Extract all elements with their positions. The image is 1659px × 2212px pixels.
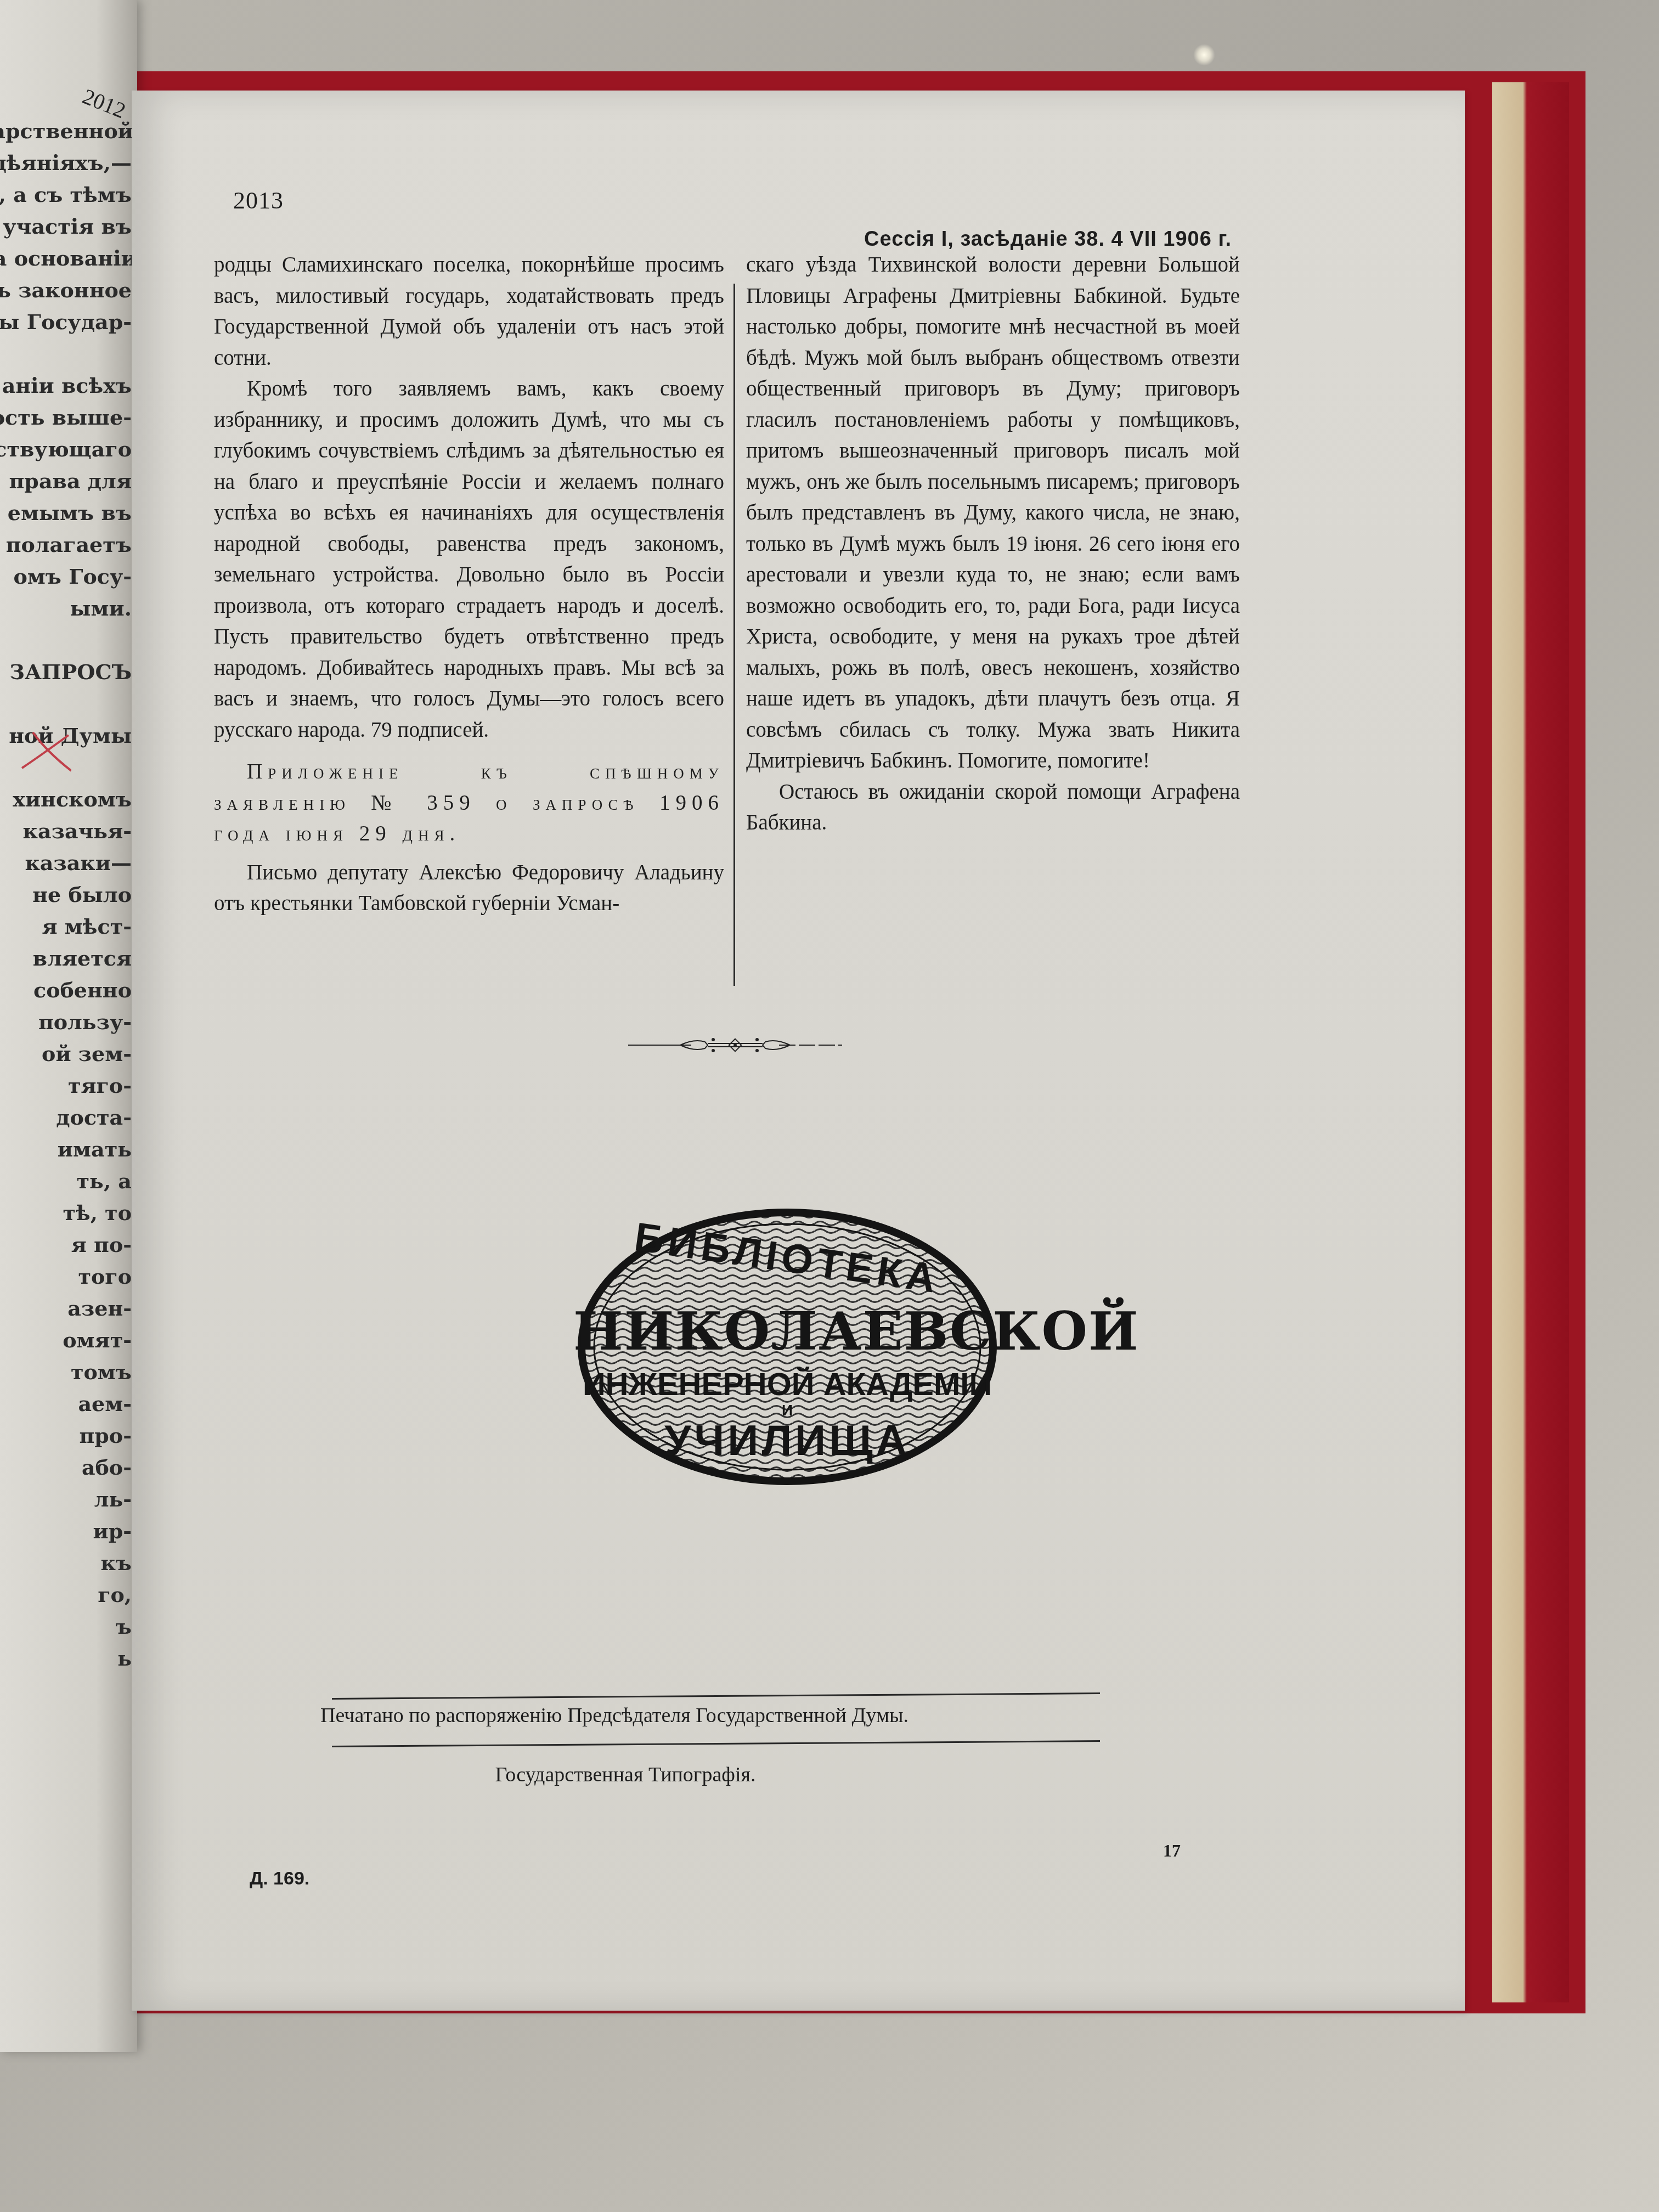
left-page-line: омъ Госу- <box>0 561 132 592</box>
imprint-line-1: Печатано по распоряженію Предсѣдателя Го… <box>121 1703 1108 1728</box>
left-page-line: тъ законное <box>0 274 132 306</box>
left-page-line: я по- <box>0 1229 132 1261</box>
left-page-line: аем- <box>0 1388 132 1420</box>
stamp-line-5: УЧИЛИЩА <box>573 1415 1001 1465</box>
decorative-ornament-icon <box>625 1034 845 1056</box>
left-page-line: ы Государ- <box>0 306 132 338</box>
left-adjacent-page: 2012 дарственнойдѣяніяхъ,—ъ, а съ тѣмъуч… <box>0 0 137 2052</box>
left-page-line: омят- <box>0 1324 132 1356</box>
appendix-heading: Приложеніе къ спѣшному заявленію № 359 о… <box>214 757 724 850</box>
light-glare <box>1193 44 1215 66</box>
left-page-line: го, <box>0 1579 132 1611</box>
left-page-line <box>0 338 132 370</box>
left-page-line: ъ, а съ тѣмъ <box>0 179 132 211</box>
left-page-line: ьствующаго <box>0 433 132 465</box>
left-page-line <box>0 688 132 720</box>
page-number: 2013 <box>233 187 284 215</box>
left-page-line: про- <box>0 1420 132 1452</box>
left-page-line: не было <box>0 879 132 911</box>
right-column: скаго уѣзда Тихвинской волости деревни Б… <box>746 250 1240 839</box>
left-page-line: емымъ въ <box>0 497 132 529</box>
left-page-line: на основаніи <box>0 242 132 274</box>
left-page-line: того <box>0 1261 132 1293</box>
left-page-line: дарственной <box>0 115 132 147</box>
imprint-line-2: Государственная Типографія. <box>132 1763 1119 1787</box>
document-page: 2013 Сессія I, засѣданіе 38. 4 VII 1906 … <box>132 91 1465 2011</box>
imprint-rule-bottom <box>332 1740 1100 1747</box>
stamp-line-3: ИНЖЕНЕРНОЙ АКАДЕМІИ <box>573 1366 1001 1403</box>
left-page-line: або- <box>0 1452 132 1483</box>
sheet-number: 17 <box>1163 1841 1181 1861</box>
left-page-line: пользу- <box>0 1006 132 1038</box>
paragraph: скаго уѣзда Тихвинской волости деревни Б… <box>746 250 1240 777</box>
running-head: Сессія I, засѣданіе 38. 4 VII 1906 г. <box>864 228 1232 251</box>
left-page-line: казачья- <box>0 815 132 847</box>
left-page-line: участія въ <box>0 211 132 242</box>
left-page-line: ть, а <box>0 1165 132 1197</box>
paragraph: родцы Сламихинскаго поселка, покорнѣйше … <box>214 250 724 374</box>
left-column: родцы Сламихинскаго поселка, покорнѣйше … <box>214 250 724 919</box>
left-page-line: хинскомъ <box>0 783 132 815</box>
left-page-line: ь <box>0 1643 132 1674</box>
stamp-line-2: НИКОЛАЕВСКОЙ <box>573 1300 1001 1362</box>
library-stamp: БИБЛІОТЕКА НИКОЛАЕВСКОЙ ИНЖЕНЕРНОЙ АКАДЕ… <box>573 1204 1001 1489</box>
left-page-line <box>0 624 132 656</box>
left-page-line: ой зем- <box>0 1038 132 1070</box>
column-divider <box>733 284 735 986</box>
left-page-line: ость выше- <box>0 402 132 433</box>
left-page-line: имать <box>0 1133 132 1165</box>
paragraph: Остаюсь въ ожиданіи скорой помощи Аграфе… <box>746 777 1240 839</box>
left-page-line: казаки— <box>0 847 132 879</box>
left-page-line: права для <box>0 465 132 497</box>
left-page-line: ъ <box>0 1611 132 1643</box>
left-page-line: тяго- <box>0 1070 132 1102</box>
left-page-text: дарственнойдѣяніяхъ,—ъ, а съ тѣмъучастія… <box>0 115 132 1674</box>
left-page-line: ЗАПРОСЪ <box>0 656 132 688</box>
book-page-edges <box>1492 82 1569 2002</box>
left-page-line: къ <box>0 1547 132 1579</box>
left-page-line: тѣ, то <box>0 1197 132 1229</box>
red-pencil-x-mark-icon <box>16 730 71 774</box>
left-page-line: ыми. <box>0 592 132 624</box>
left-page-line: вляется <box>0 943 132 974</box>
left-page-line: ир- <box>0 1515 132 1547</box>
left-page-line: дѣяніяхъ,— <box>0 147 132 179</box>
left-page-line: азен- <box>0 1293 132 1324</box>
paragraph: Кромѣ того заявляемъ вамъ, какъ своему и… <box>214 374 724 746</box>
left-page-line: доста- <box>0 1102 132 1133</box>
left-page-line: ль- <box>0 1483 132 1515</box>
left-page-line: полагаетъ <box>0 529 132 561</box>
letter-intro: Письмо депутату Алексѣю Федоровичу Аладь… <box>214 857 724 919</box>
left-page-line: я мѣст- <box>0 911 132 943</box>
left-page-line: томъ <box>0 1356 132 1388</box>
left-page-line: собенно <box>0 974 132 1006</box>
signature-mark: Д. 169. <box>250 1868 309 1889</box>
left-page-line: аніи всѣхъ <box>0 370 132 402</box>
imprint-rule-top <box>332 1692 1100 1700</box>
